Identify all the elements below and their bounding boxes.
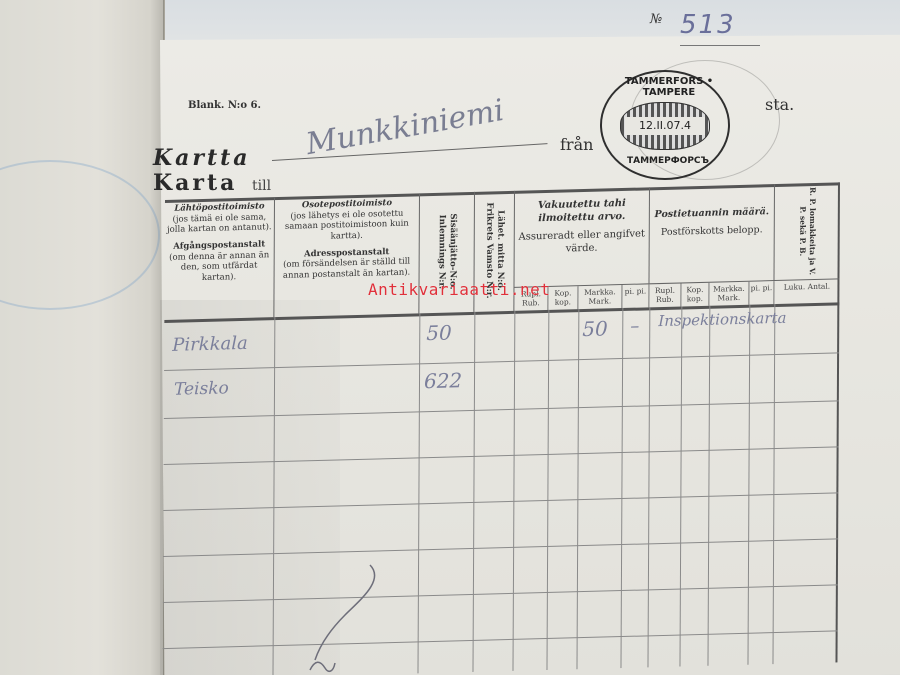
form-table: Lähtöpostitoimisto (jos tämä ei ole sama…	[162, 182, 845, 675]
left-facing-page	[0, 0, 165, 675]
sub-rub-cod: Rupl. Rub.	[649, 283, 681, 307]
row2-origin: Teisko	[174, 378, 229, 399]
postmark-date: 12.II.07.4	[625, 117, 705, 135]
header-origin-sv-note: (om denna är annan än den, som utfärdat …	[167, 250, 272, 285]
header-cod: Postietuannin määrä. Postförskotts belop…	[649, 184, 775, 283]
signature-flourish	[300, 560, 380, 675]
sub-mark-cod: Markka. Mark.	[709, 282, 749, 306]
form-number-handwritten: 513	[680, 10, 736, 40]
sub-kop-cod: Kop. kop.	[681, 283, 709, 307]
antal-subheader: Luku. Antal.	[774, 278, 839, 304]
title-swedish: Karta	[153, 170, 237, 196]
header-origin-fi-note: (jos tämä ei ole sama, jolla kartan on a…	[167, 212, 272, 236]
header-dest-sv-note: (om försändelsen är ställd till annan po…	[277, 257, 417, 282]
sub-antal: Luku. Antal.	[774, 279, 839, 304]
sub-mark: Markka. Mark.	[578, 285, 622, 309]
row1-insured-mark: 50	[582, 316, 608, 341]
fran-label: från	[560, 135, 593, 154]
header-dest-fi-note: (jos lähetys ei ole osotettu samaan post…	[277, 208, 417, 244]
postmark-top-text: TAMMERFORS • TAMPERE	[614, 76, 724, 98]
blank-number-label: Blank. N:o 6.	[188, 100, 261, 111]
postmark-stamp: TAMMERFORS • TAMPERE 12.II.07.4 ТАММЕРФО…	[600, 70, 730, 180]
sub-kop: Kop. kop.	[548, 286, 578, 310]
cod-subheaders: Rupl. Rub. Kop. kop. Markka. Mark. pi. p…	[649, 280, 774, 307]
title-finnish: Kartta	[153, 145, 251, 171]
header-cod-fi: Postietuannin määrä.	[652, 206, 772, 221]
header-cod-sv: Postförskotts belopp.	[652, 224, 772, 239]
postmark-center: 12.II.07.4	[620, 102, 710, 150]
sub-pi-cod: pi. pi.	[749, 281, 774, 305]
sub-pi: pi. pi.	[622, 284, 649, 308]
watermark-text: Antikvariaatti.net	[368, 280, 550, 299]
header-count-right: R. P. lomakkeita ja V. P. sekä P. B.	[774, 182, 840, 280]
header-origin: Lähtöpostitoimisto (jos tämä ei ole sama…	[164, 197, 275, 320]
header-count-right-text: R. P. lomakkeita ja V. P. sekä P. B.	[797, 187, 817, 276]
row1-cod-note: Inspektionskarta	[658, 309, 786, 330]
header-insured: Vakuutettu tahi ilmoitettu arvo. Assurer…	[514, 187, 650, 287]
header-insured-fi: Vakuutettu tahi ilmoitettu arvo.	[517, 197, 647, 225]
header-insured-sv: Assureradt eller angifvet värde.	[517, 228, 647, 256]
row2-number: 622	[424, 368, 462, 393]
row1-origin: Pirkkala	[172, 333, 248, 356]
row1-insured-pi: –	[630, 316, 639, 337]
form-number-label: №	[650, 12, 662, 27]
postmark-bottom-text: ТАММЕРФОРСЪ	[618, 156, 718, 166]
row1-number: 50	[426, 320, 452, 345]
till-label: till	[252, 178, 271, 194]
ghost-stamp-impression	[0, 160, 160, 310]
form-number-underline	[680, 45, 760, 46]
